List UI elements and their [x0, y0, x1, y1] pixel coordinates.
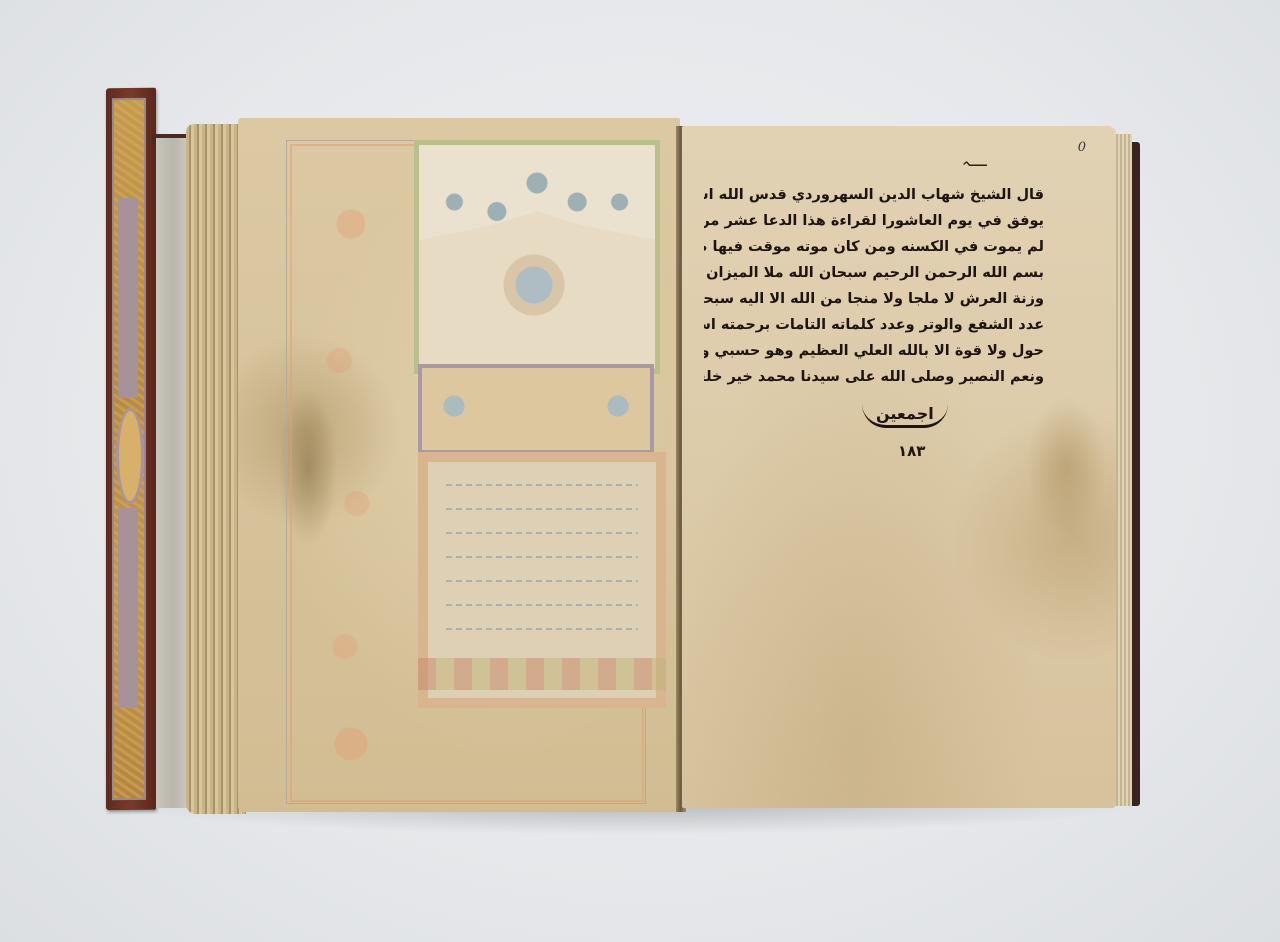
arabic-text-block: قال الشيخ شهاب الدين السهروردي قدس الله … [704, 182, 1044, 390]
faded-line [446, 484, 638, 486]
faded-line [446, 532, 638, 534]
text-line: يوفق في يوم العاشورا لقراءة هذا الدعا عش… [704, 208, 1044, 234]
flyleaf [156, 138, 190, 808]
faded-line [446, 628, 638, 630]
text-line: ونعم النصير وصلى الله على سيدنا محمد خير… [704, 364, 1044, 390]
cover-band [118, 508, 138, 708]
floral-border [418, 658, 666, 690]
water-stain [1026, 396, 1106, 536]
floral-sky [419, 145, 655, 240]
text-line: عدد الشفع والوتر وعدد كلماته التامات برح… [704, 312, 1044, 338]
front-cover [106, 88, 156, 811]
knot-ornament [600, 386, 636, 426]
right-page-text: 0 ــہ قال الشيخ شهاب الدين السهروردي قدس… [682, 126, 1116, 808]
faded-line [446, 556, 638, 558]
catchword: ــہ [962, 154, 987, 170]
central-medallion [499, 240, 569, 330]
cover-band [118, 198, 138, 398]
left-page-illumination [238, 118, 680, 812]
cartouche-panel [418, 364, 654, 454]
text-line: حول ولا قوة الا بالله العلي العظيم وهو ح… [704, 338, 1044, 364]
faded-line [446, 604, 638, 606]
shamsa-headpiece [414, 140, 660, 374]
faded-line [446, 580, 638, 582]
left-page-edges [186, 124, 246, 814]
text-line: وزنة العرش لا ملجا ولا منجا من الله الا … [704, 286, 1044, 312]
text-line: لم يموت في الكسنه ومن كان موته موقت فيها… [704, 234, 1044, 260]
faded-line [446, 508, 638, 510]
page-number: ١٨٣ [898, 442, 925, 460]
knot-ornament [436, 386, 472, 426]
cover-medallion [116, 408, 144, 504]
text-line: قال الشيخ شهاب الدين السهروردي قدس الله … [704, 182, 1044, 208]
folio-number: 0 [1078, 140, 1086, 155]
closing-word: اجمعين [862, 404, 948, 428]
text-line: بسم الله الرحمن الرحيم سبحان الله ملا ال… [704, 260, 1044, 286]
floral-margin [292, 146, 410, 796]
